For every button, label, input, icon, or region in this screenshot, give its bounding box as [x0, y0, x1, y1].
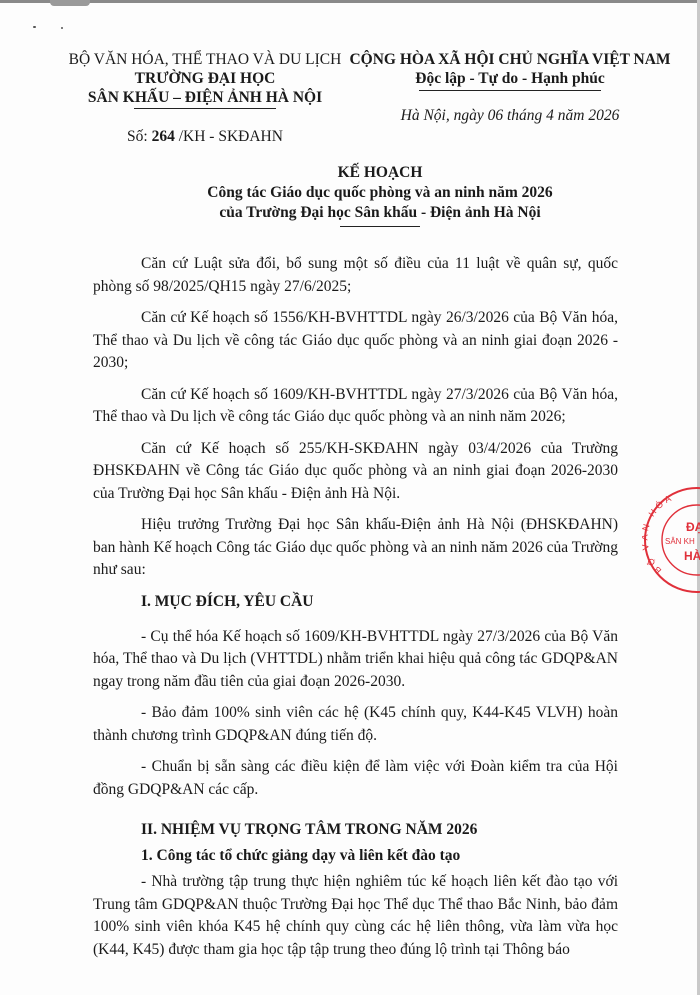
title-line1: Công tác Giáo dục quốc phòng và an ninh …	[100, 183, 660, 203]
scan-speck	[61, 27, 63, 29]
preamble-paragraph: Căn cứ Kế hoạch số 255/KH-SKĐAHN ngày 03…	[93, 438, 618, 506]
issuing-authority-block: BỘ VĂN HÓA, THỂ THAO VÀ DU LỊCH TRƯỜNG Đ…	[60, 50, 350, 109]
subsection-heading: 1. Công tác tổ chức giảng dạy và liên kế…	[93, 845, 618, 867]
list-item: - Chuẩn bị sẵn sàng các điều kiện để làm…	[93, 756, 618, 801]
list-item: - Nhà trường tập trung thực hiện nghiêm …	[93, 871, 618, 961]
national-motto: Độc lập - Tự do - Hạnh phúc	[345, 69, 675, 88]
doc-number-prefix: Số:	[127, 128, 152, 145]
motto-underline	[419, 90, 601, 91]
doc-number-value: 264	[152, 128, 175, 145]
stamp-inner-line3: HÀ	[684, 548, 700, 563]
list-item: - Cụ thể hóa Kế hoạch số 1609/KH-BVHTTDL…	[93, 626, 618, 694]
title-underline	[340, 226, 420, 227]
document-type: KẾ HOẠCH	[100, 163, 660, 183]
scan-top-edge	[0, 0, 700, 3]
preamble-paragraph: Căn cứ Kế hoạch số 1609/KH-BVHTTDL ngày …	[93, 384, 618, 429]
section-heading: II. NHIỆM VỤ TRỌNG TÂM TRONG NĂM 2026	[93, 819, 618, 841]
school-name-line2: SÂN KHẤU – ĐIỆN ẢNH HÀ NỘI	[60, 88, 350, 107]
official-seal-stamp: BỘ VĂN HÓA ĐẠ SÂN KH HÀ	[642, 485, 700, 595]
national-motto-block: CỘNG HÒA XÃ HỘI CHỦ NGHĨA VIỆT NAM Độc l…	[345, 50, 675, 91]
stamp-inner-line1: ĐẠ	[686, 520, 700, 534]
preamble-paragraph: Căn cứ Luật sửa đổi, bổ sung một số điều…	[93, 253, 618, 298]
ministry-name: BỘ VĂN HÓA, THỂ THAO VÀ DU LỊCH	[60, 50, 350, 69]
doc-number-suffix: /KH - SKĐAHN	[175, 128, 283, 145]
section-heading: I. MỤC ĐÍCH, YÊU CẦU	[93, 591, 618, 613]
authority-underline	[134, 108, 276, 109]
school-name-line1: TRƯỜNG ĐẠI HỌC	[60, 69, 350, 88]
list-item: - Bảo đảm 100% sinh viên các hệ (K45 chí…	[93, 702, 618, 747]
stamp-inner-line2: SÂN KH	[665, 537, 695, 546]
title-line2: của Trường Đại học Sân khấu - Điện ảnh H…	[100, 203, 660, 223]
scan-speck	[33, 26, 36, 28]
nation-name: CỘNG HÒA XÃ HỘI CHỦ NGHĨA VIỆT NAM	[345, 50, 675, 69]
document-number: Số: 264 /KH - SKĐAHN	[60, 128, 350, 146]
preamble-paragraph: Hiệu trưởng Trường Đại học Sân khấu-Điện…	[93, 514, 618, 582]
document-title-block: KẾ HOẠCH Công tác Giáo dục quốc phòng và…	[100, 163, 660, 227]
document-body: Căn cứ Luật sửa đổi, bổ sung một số điều…	[93, 253, 618, 970]
preamble-paragraph: Căn cứ Kế hoạch số 1556/KH-BVHTTDL ngày …	[93, 307, 618, 375]
place-and-date: Hà Nội, ngày 06 tháng 4 năm 2026	[345, 107, 675, 125]
